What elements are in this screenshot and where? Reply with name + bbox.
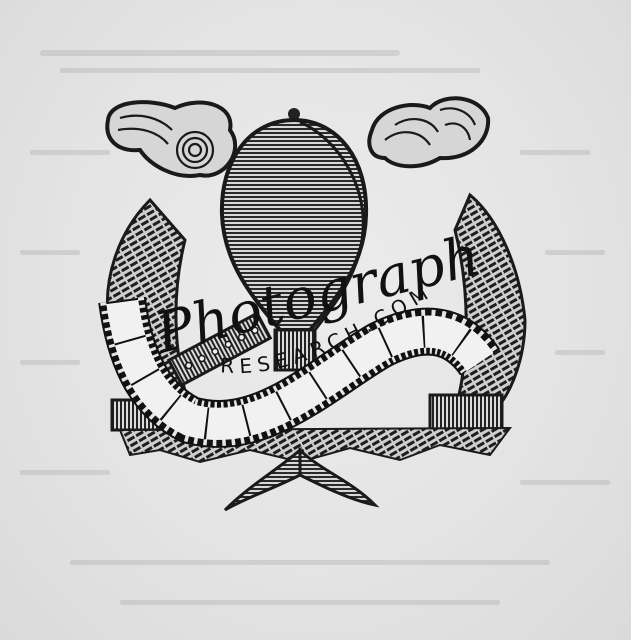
- right-base-block: [430, 395, 502, 429]
- left-cloud: [107, 102, 235, 176]
- woodcut-vignette: Photograph RESEARCH.COM: [0, 0, 631, 640]
- engraving-image: Photograph RESEARCH.COM: [0, 0, 631, 640]
- right-cloud: [369, 98, 488, 166]
- crossed-torches: [225, 450, 375, 510]
